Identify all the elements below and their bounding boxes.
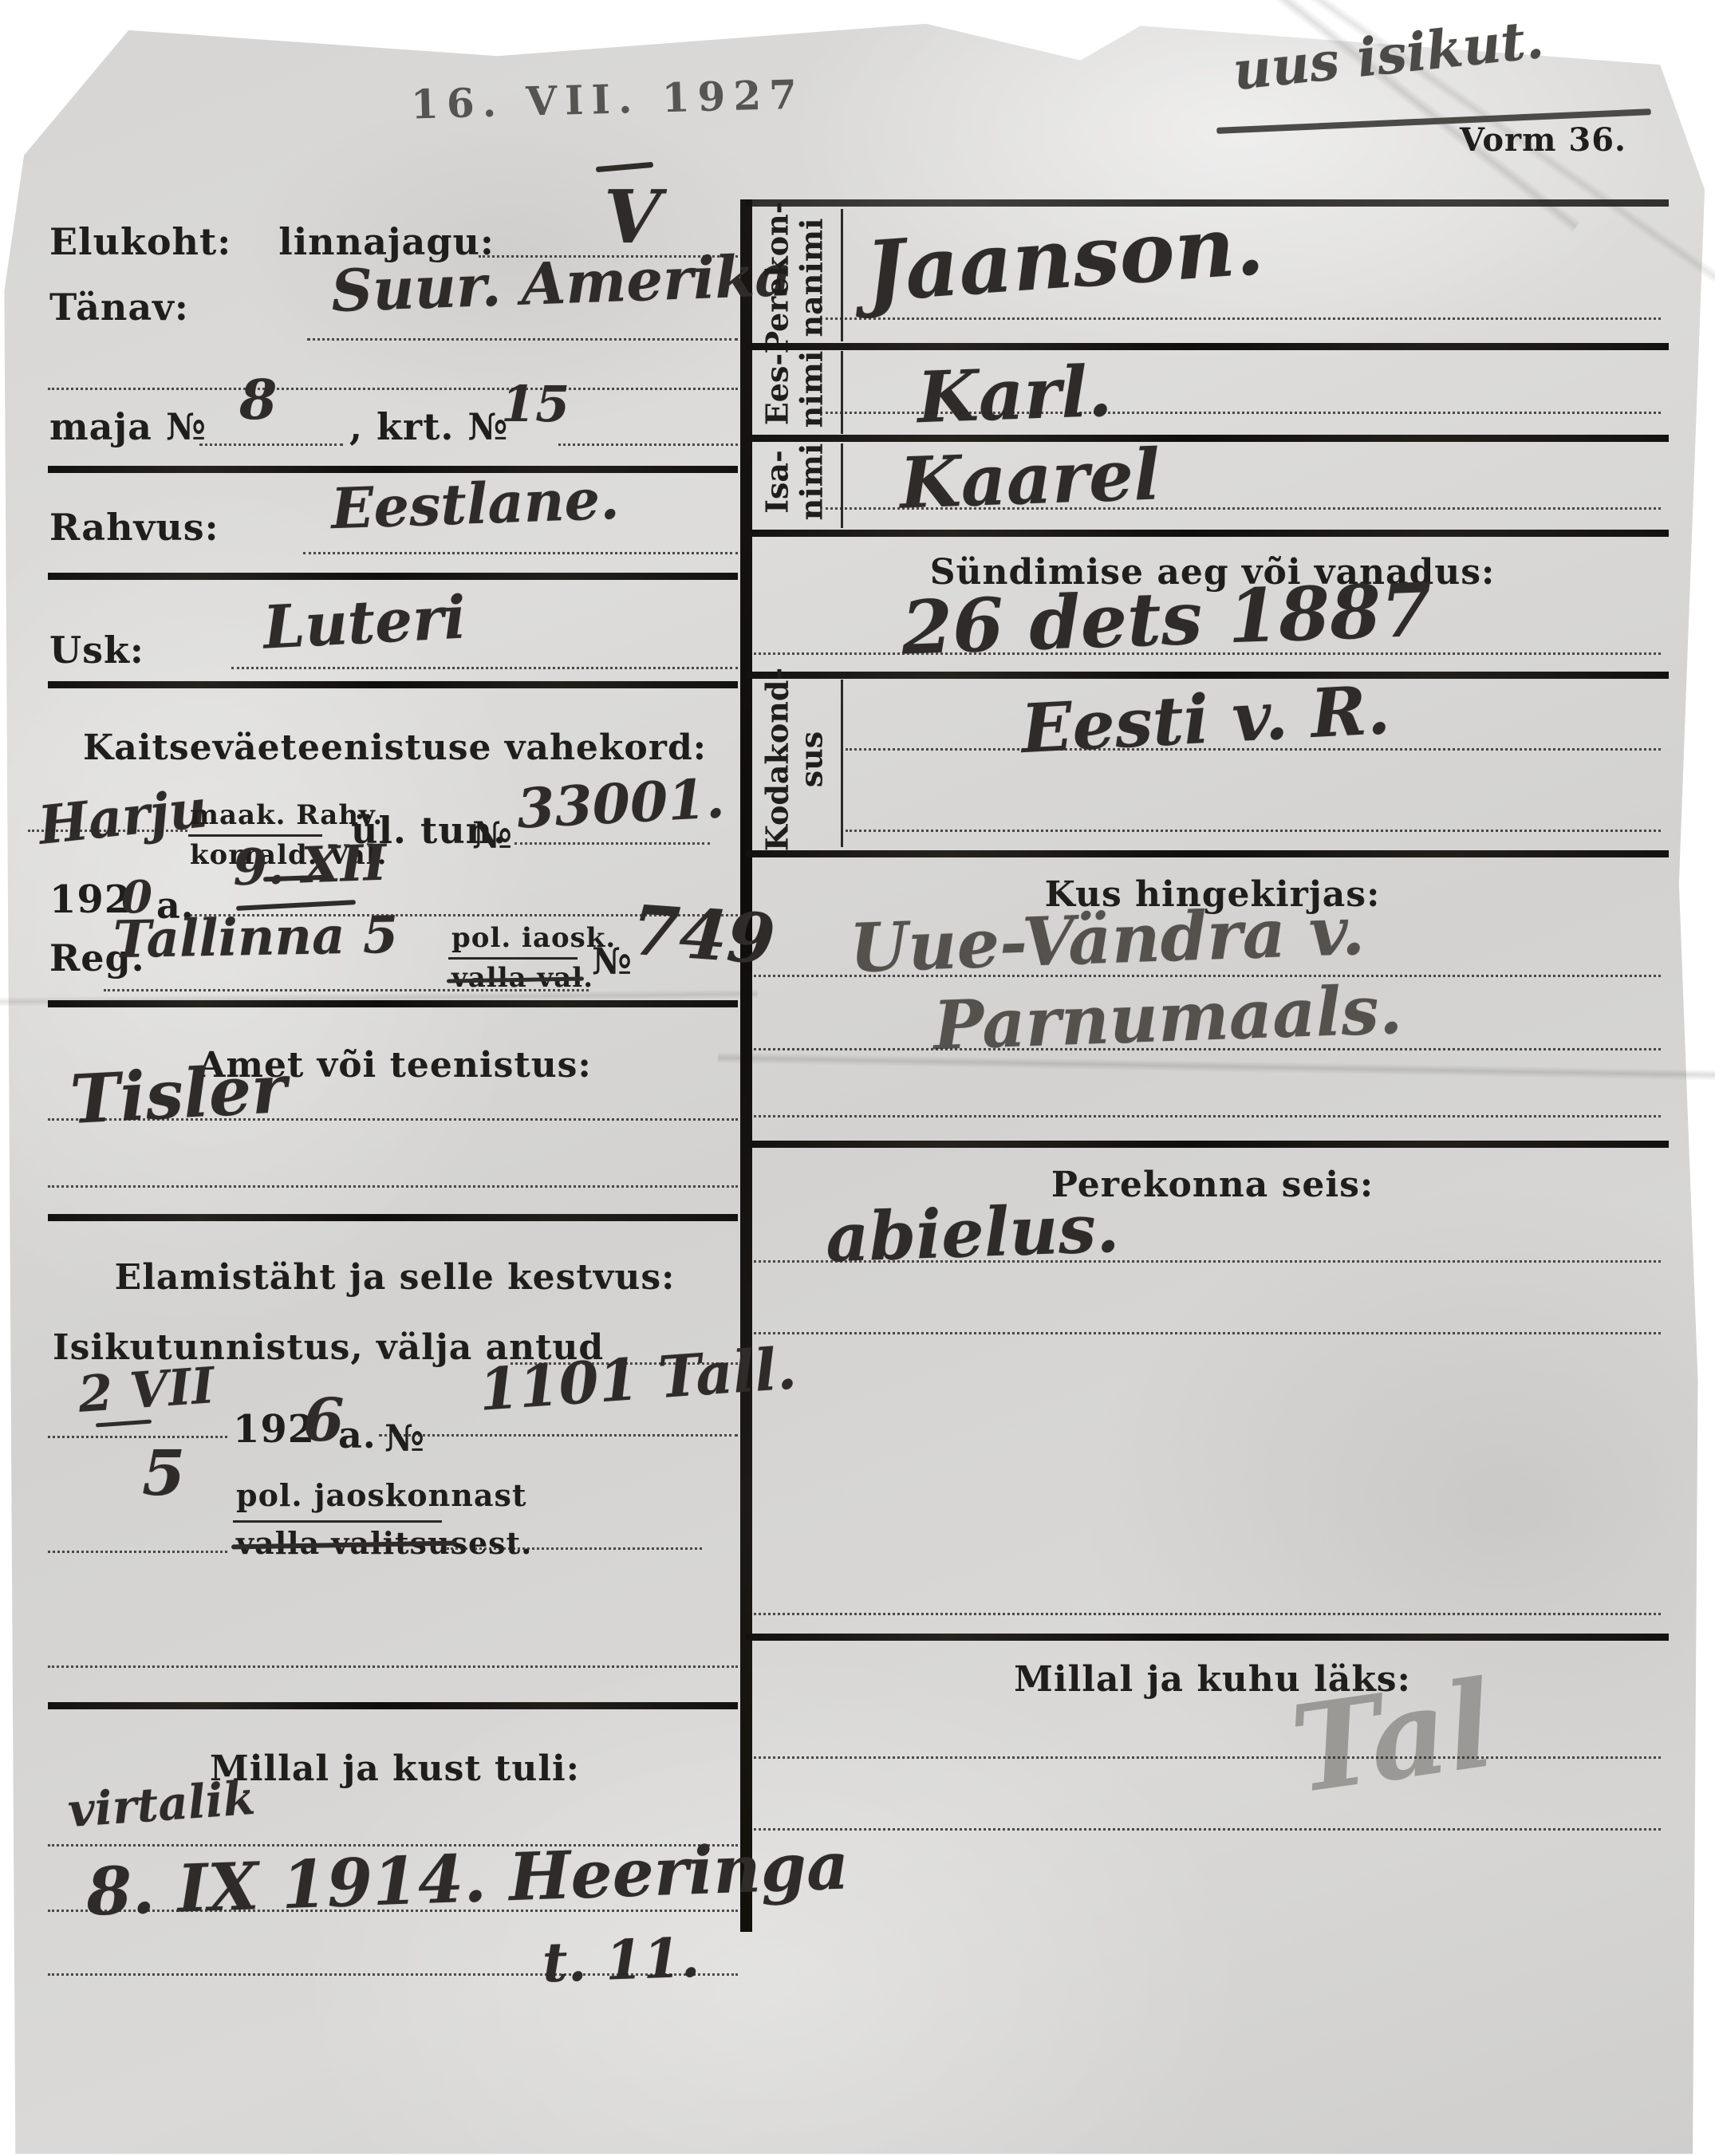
scanned-registration-form: { "colors": { "paper": "#d6d5d3", "print… bbox=[0, 0, 1715, 2156]
section-rule bbox=[48, 681, 738, 688]
perekonnaseis-value: abielus. bbox=[824, 1188, 1120, 1278]
krt-label: , krt. № bbox=[349, 405, 508, 448]
label-line: sus bbox=[794, 668, 829, 851]
laks-pencil-note: Tal bbox=[1283, 1653, 1502, 1820]
doc-no-fill-line bbox=[379, 1434, 738, 1437]
row-rule bbox=[746, 850, 1669, 857]
blank-line bbox=[447, 1547, 702, 1550]
section-rule bbox=[48, 1000, 738, 1007]
tunnistus-no-value: 33001. bbox=[515, 767, 726, 842]
laks-heading: Millal ja kuhu läks: bbox=[754, 1659, 1671, 1700]
label-separator-line bbox=[841, 443, 843, 528]
row-rule bbox=[746, 343, 1669, 350]
row-fill-line bbox=[754, 1613, 1661, 1615]
military-section-heading: Kaitseväeteenistuse vahekord: bbox=[48, 727, 742, 768]
row-fill-line bbox=[820, 317, 1661, 320]
no-sign: № bbox=[472, 814, 513, 857]
row-fill-line bbox=[754, 1756, 1661, 1759]
blank-line bbox=[48, 1665, 738, 1668]
elamistaht-section-heading: Elamistäht ja selle kestvus: bbox=[48, 1257, 742, 1298]
isanimi-value: Kaarel bbox=[898, 432, 1161, 524]
maja-value: 8 bbox=[239, 369, 277, 432]
rahvus-label: Rahvus: bbox=[49, 506, 219, 549]
military-date-value: 9. XII bbox=[232, 834, 388, 897]
tanav-label: Tänav: bbox=[49, 286, 189, 329]
row-fill-line bbox=[754, 1115, 1661, 1117]
krt-value: 15 bbox=[501, 375, 570, 433]
row-fill-line bbox=[754, 1828, 1661, 1831]
rahvus-fill-line bbox=[303, 552, 738, 554]
label-line: Perekon- bbox=[760, 201, 794, 353]
no-sign: № bbox=[384, 1417, 425, 1460]
date-fraction-line bbox=[48, 1436, 227, 1438]
elukoht-label: Elukoht: bbox=[49, 220, 231, 263]
label-line: nimi bbox=[794, 351, 829, 428]
no-sign: № bbox=[592, 940, 633, 983]
maja-label: maja № bbox=[49, 405, 207, 448]
blank-line bbox=[48, 388, 738, 390]
fraction-bar bbox=[233, 1520, 442, 1523]
reg-fill-line bbox=[104, 989, 589, 991]
row-rule bbox=[746, 435, 1669, 442]
issue-date-denominator: 5 bbox=[142, 1437, 185, 1510]
row-rule bbox=[746, 1634, 1669, 1641]
label-line: Ees- bbox=[760, 351, 794, 428]
reg-value: Tallinna 5 bbox=[112, 905, 399, 970]
tunnistus-fill-line bbox=[514, 842, 710, 845]
label-line: nanimi bbox=[794, 201, 829, 353]
issue-date-numerator: 2 VII bbox=[77, 1356, 217, 1424]
hingekirjas-line2-value: Parnumaals. bbox=[932, 970, 1403, 1065]
usk-label: Usk: bbox=[49, 629, 144, 672]
rahvus-value: Eestlane. bbox=[330, 466, 621, 542]
eesnimi-value: Karl. bbox=[916, 349, 1113, 439]
row-rule bbox=[746, 530, 1669, 537]
usk-fill-line bbox=[231, 667, 738, 669]
blank-line bbox=[48, 1118, 738, 1121]
label-line: Isa- bbox=[760, 443, 794, 521]
row-fill-line bbox=[820, 412, 1661, 414]
amet-value: Tisler bbox=[69, 1049, 289, 1139]
form-number: Vorm 36. bbox=[1460, 121, 1626, 159]
kodakondsus-vertical-label: Kodakond- sus bbox=[760, 668, 828, 851]
row-fill-line bbox=[754, 1048, 1661, 1050]
section-rule bbox=[48, 573, 738, 580]
tanav-fill-line bbox=[307, 338, 738, 341]
label-separator-line bbox=[841, 209, 843, 341]
row-fill-line bbox=[846, 748, 1661, 751]
label-separator-line bbox=[841, 351, 843, 434]
pol-jaoskonnast-label: pol. jaoskonnast bbox=[236, 1477, 526, 1513]
blank-line bbox=[48, 1551, 227, 1553]
a-label: a. bbox=[338, 1413, 377, 1456]
row-rule bbox=[746, 672, 1669, 679]
center-divider bbox=[740, 199, 752, 1932]
row-fill-line bbox=[820, 507, 1661, 510]
blank-line bbox=[48, 1185, 738, 1188]
isanimi-vertical-label: Isa- nimi bbox=[760, 443, 828, 521]
label-separator-line bbox=[841, 680, 843, 847]
krt-fill-line bbox=[558, 443, 738, 446]
row-fill-line bbox=[754, 1260, 1661, 1263]
row-fill-line bbox=[754, 652, 1661, 655]
section-rule bbox=[48, 1214, 738, 1221]
fraction-bar bbox=[448, 957, 578, 960]
label-line: Kodakond- bbox=[760, 668, 794, 851]
tuli-line3-value: t. 11. bbox=[542, 1926, 701, 1996]
section-rule bbox=[48, 1702, 738, 1709]
perekonnanimi-vertical-label: Perekon- nanimi bbox=[760, 201, 828, 353]
military-county-fill-line bbox=[28, 830, 187, 832]
blank-line bbox=[48, 1973, 738, 1976]
blank-line bbox=[48, 1910, 738, 1912]
row-rule bbox=[746, 1141, 1669, 1148]
eesnimi-vertical-label: Ees- nimi bbox=[760, 351, 828, 428]
row-fill-line bbox=[846, 830, 1661, 832]
usk-value: Luteri bbox=[262, 583, 467, 662]
section-rule bbox=[48, 466, 738, 473]
row-fill-line bbox=[754, 1332, 1661, 1334]
maja-fill-line bbox=[199, 443, 343, 446]
